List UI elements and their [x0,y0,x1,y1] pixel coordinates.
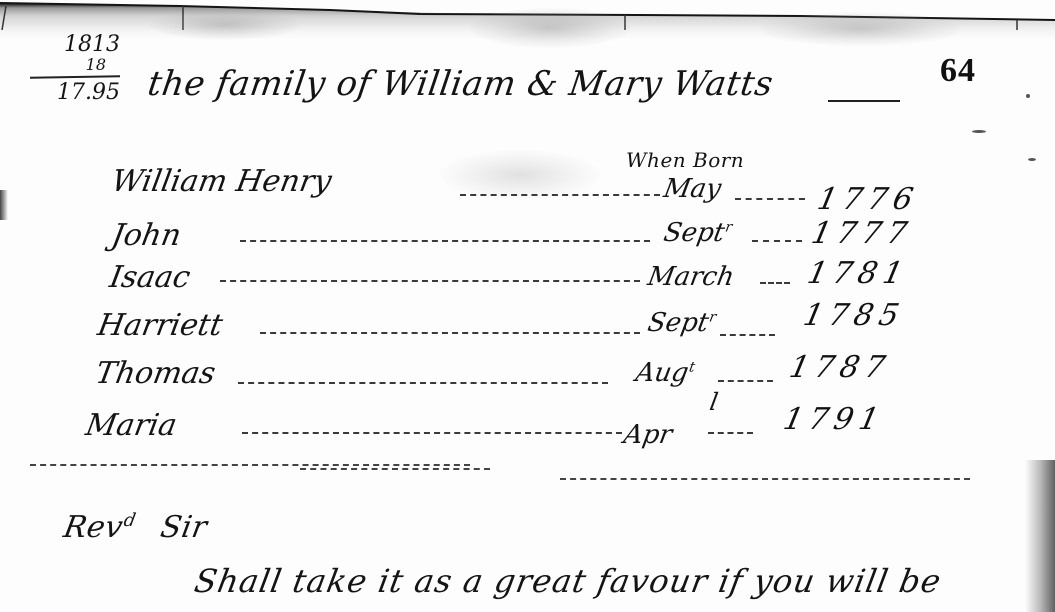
leader-line [760,282,790,284]
calc-top-value: 1813 [30,34,120,56]
birth-year: 1787 [786,350,894,385]
ink-speck [972,130,986,133]
paper-stain [760,12,960,46]
birth-month: May [661,174,723,204]
birth-month: Septr [661,218,733,248]
birth-month: March [645,262,736,292]
birth-month: Septr [645,308,717,338]
leader-line [260,332,640,334]
child-name: William Henry [109,164,334,199]
birth-year: 1785 [800,298,908,333]
leader-line [735,198,805,200]
paper-stain [470,8,630,48]
calc-subtract-value: 18 [30,56,120,74]
ink-speck [1026,94,1030,98]
leader-line [240,240,650,242]
leader-line [220,280,640,282]
birth-year: 1777 [808,216,916,251]
margin-calculation: 1813 18 17.95 [30,34,120,104]
section-separator [300,468,490,470]
birth-year: 1781 [804,256,912,291]
title-trailing-dash [828,100,900,102]
child-row: Harriett Septr 1785 [0,302,1055,352]
section-separator [30,464,470,466]
leader-line [460,194,660,196]
letter-body-line: Shall take it as a great favour if you w… [192,562,945,600]
child-row: John Septr 1777 [0,212,1055,262]
calc-result-value: 17.95 [30,82,120,104]
child-name: Isaac [107,260,193,295]
birth-month: Augt [633,358,696,388]
child-name: Harriett [95,308,225,343]
right-edge-shadow [1025,460,1055,612]
leader-line [718,380,773,382]
leader-line [238,382,608,384]
birth-year: 1791 [780,402,888,437]
child-row: Thomas Augt 1787 [0,352,1055,402]
child-name: John [109,218,184,253]
leader-line [720,334,775,336]
letter-salutation: Revd Sir [61,510,210,545]
paper-stain [150,10,300,40]
page-number: 64 [940,52,976,90]
child-row: William Henry May 1776 [0,160,1055,210]
leader-line [242,432,622,434]
leader-line [752,240,802,242]
calc-rule [30,75,120,79]
child-name: Maria [83,408,180,443]
leader-line [708,432,753,434]
section-separator [560,478,970,480]
page-title: the family of William & Mary Watts [145,64,775,104]
child-name: Thomas [93,356,218,391]
birth-month: Apr [621,420,674,450]
scanned-document-page: 1813 18 17.95 the family of William & Ma… [0,0,1055,612]
child-row: Maria Apr l 1791 [0,402,1055,452]
